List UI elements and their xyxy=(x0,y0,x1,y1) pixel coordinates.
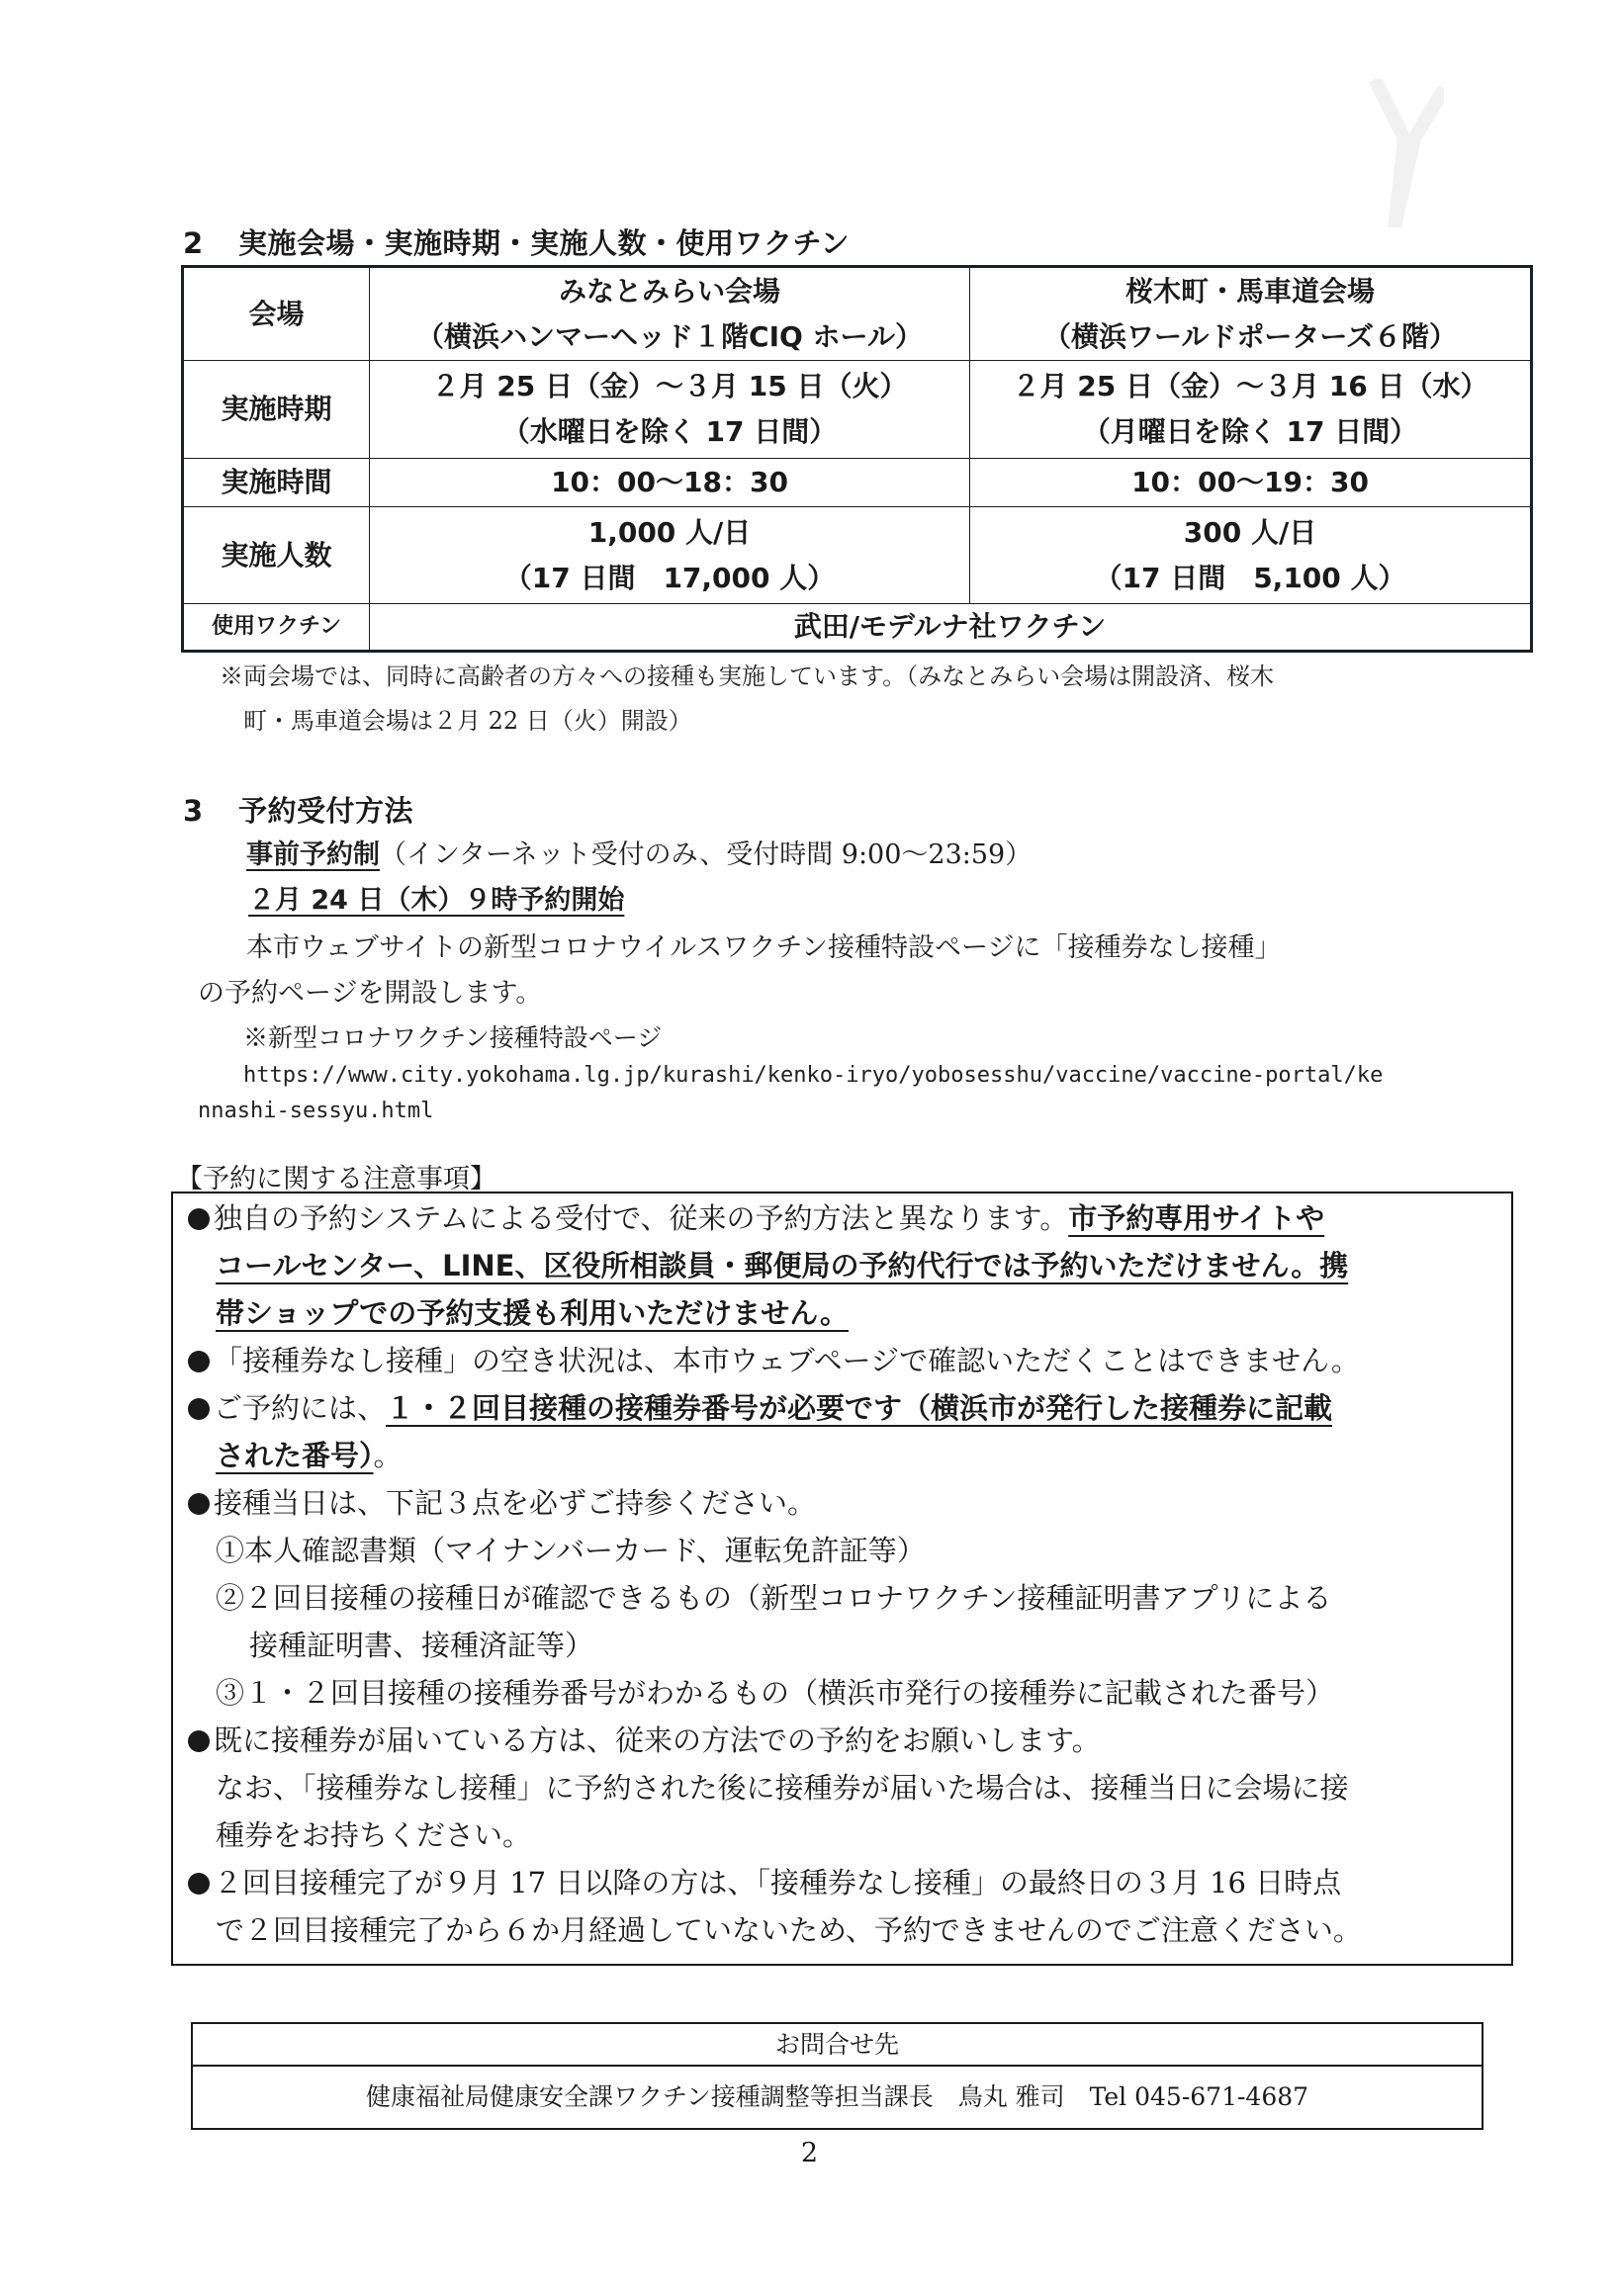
venue-table: 会場 みなとみらい会場 （横浜ハンマーヘッド１階CIQ ホール） 桜木町・馬車道… xyxy=(181,265,1533,653)
caution-item-1-cont: 帯ショップでの予約支援も利用いただけません。 xyxy=(216,1289,849,1337)
caution-text: 接種当日は、下記３点を必ずご持参ください。 xyxy=(214,1486,816,1520)
section-2-number: 2 xyxy=(183,226,238,260)
capacity-total: （17 日間 17,000 人） xyxy=(370,556,969,601)
contact-box: お問合せ先 健康福祉局健康安全課ワクチン接種調整等担当課長 鳥丸 雅司 Tel … xyxy=(191,2022,1484,2130)
paragraph-line: 本市ウェブサイトの新型コロナウイルスワクチン接種特設ページに「接種券なし接種」 xyxy=(198,926,1282,971)
bullet-icon xyxy=(188,1873,210,1895)
special-page-url[interactable]: https://www.city.yokohama.lg.jp/kurashi/… xyxy=(198,1058,1383,1129)
cell-vaccine: 武田/モデルナ社ワクチン xyxy=(370,604,1531,651)
section-3-paragraph: 本市ウェブサイトの新型コロナウイルスワクチン接種特設ページに「接種券なし接種」 … xyxy=(198,926,1282,1016)
bullet-icon xyxy=(188,1730,210,1752)
venue-location: （横浜ハンマーヘッド１階CIQ ホール） xyxy=(370,314,969,360)
contact-details: 健康福祉局健康安全課ワクチン接種調整等担当課長 鳥丸 雅司 Tel 045-67… xyxy=(193,2067,1482,2128)
table-row-period: 実施時期 ２月 25 日（金）～３月 15 日（火） （水曜日を除く 17 日間… xyxy=(184,361,1531,459)
caution-item-2: 「接種券なし接種」の空き状況は、本市ウェブページで確認いただくことはできません。 xyxy=(188,1337,1360,1384)
reservation-detail: （インターネット受付のみ、受付時間 9:00～23:59） xyxy=(380,839,1032,870)
venue-location: （横浜ワールドポーターズ６階） xyxy=(970,314,1530,360)
url-line[interactable]: nnashi-sessyu.html xyxy=(198,1094,1383,1129)
section-2-heading: 2実施会場・実施時期・実施人数・使用ワクチン xyxy=(183,221,850,262)
reservation-system-line: 事前予約制（インターネット受付のみ、受付時間 9:00～23:59） xyxy=(246,833,1032,878)
caution-emphasis: された番号） xyxy=(216,1439,374,1472)
section-2-title: 実施会場・実施時期・実施人数・使用ワクチン xyxy=(238,226,850,260)
cell-minatomirai-capacity: 1,000 人/日 （17 日間 17,000 人） xyxy=(370,507,970,604)
caution-item-5-cont: なお、「接種券なし接種」に予約された後に接種券が届いた場合は、接種当日に会場に接 xyxy=(216,1764,1349,1811)
caution-text: ２回目接種完了が９月 17 日以降の方は、「接種券なし接種」の最終日の３月 16… xyxy=(214,1866,1341,1899)
bullet-icon xyxy=(188,1208,210,1230)
caution-text: 。 xyxy=(374,1439,403,1472)
venue-name: 桜木町・馬車道会場 xyxy=(970,269,1530,314)
period-dates: ２月 25 日（金）～３月 16 日（水） xyxy=(970,364,1530,409)
period-note: （月曜日を除く 17 日間） xyxy=(970,409,1530,455)
cell-sakuragicho-hours: 10：00～19：30 xyxy=(970,459,1531,507)
special-page-label: ※新型コロナワクチン接種特設ページ xyxy=(243,1018,662,1058)
caution-item-1: 独自の予約システムによる受付で、従来の予約方法と異なります。市予約専用サイトや xyxy=(188,1194,1324,1242)
row-label: 会場 xyxy=(184,268,370,361)
section-3-heading: 3予約受付方法 xyxy=(183,789,413,830)
caution-item-3-cont: された番号）。 xyxy=(216,1432,403,1479)
period-dates: ２月 25 日（金）～３月 15 日（火） xyxy=(370,364,969,409)
reservation-system: 事前予約制 xyxy=(246,839,380,870)
bullet-icon xyxy=(188,1351,210,1372)
table-row-vaccine: 使用ワクチン 武田/モデルナ社ワクチン xyxy=(184,604,1531,651)
cell-sakuragicho-period: ２月 25 日（金）～３月 16 日（水） （月曜日を除く 17 日間） xyxy=(970,361,1531,459)
caution-item-5: 既に接種券が届いている方は、従来の方法での予約をお願いします。 xyxy=(188,1717,1101,1764)
page-number: 2 xyxy=(0,2138,1619,2168)
table-note: ※両会場では、同時に高齢者の方々への接種も実施しています。（みなとみらい会場は開… xyxy=(220,655,1274,744)
section-3-title: 予約受付方法 xyxy=(238,794,413,828)
section-3-number: 3 xyxy=(183,794,238,828)
paragraph-line: の予約ページを開設します。 xyxy=(198,971,1282,1016)
bullet-icon xyxy=(188,1493,210,1515)
row-label: 実施時期 xyxy=(184,361,370,459)
caution-item-6-cont: で２回目接種完了から６か月経過していないため、予約できませんのでご注意ください。 xyxy=(216,1906,1362,1954)
caution-title: 【予約に関する注意事項】 xyxy=(176,1157,496,1195)
caution-emphasis: 市予約専用サイトや xyxy=(1068,1201,1324,1235)
bullet-icon xyxy=(188,1398,210,1420)
row-label: 使用ワクチン xyxy=(184,604,370,651)
caution-item-4: 接種当日は、下記３点を必ずご持参ください。 xyxy=(188,1479,816,1527)
table-note-line: 町・馬車道会場は２月 22 日（火）開設） xyxy=(220,699,1274,744)
period-note: （水曜日を除く 17 日間） xyxy=(370,409,969,455)
cell-minatomirai-period: ２月 25 日（金）～３月 15 日（火） （水曜日を除く 17 日間） xyxy=(370,361,970,459)
cell-sakuragicho-capacity: 300 人/日 （17 日間 5,100 人） xyxy=(970,507,1531,604)
required-item-1: ①本人確認書類（マイナンバーカード、運転免許証等） xyxy=(216,1527,926,1574)
capacity-per-day: 1,000 人/日 xyxy=(370,510,969,556)
table-row-venue: 会場 みなとみらい会場 （横浜ハンマーヘッド１階CIQ ホール） 桜木町・馬車道… xyxy=(184,268,1531,361)
row-label: 実施人数 xyxy=(184,507,370,604)
cell-minatomirai-hours: 10：00～18：30 xyxy=(370,459,970,507)
contact-header: お問合せ先 xyxy=(193,2024,1482,2067)
caution-text: 既に接種券が届いている方は、従来の方法での予約をお願いします。 xyxy=(214,1723,1101,1757)
scan-artifact xyxy=(1365,79,1444,227)
table-row-hours: 実施時間 10：00～18：30 10：00～19：30 xyxy=(184,459,1531,507)
row-label: 実施時間 xyxy=(184,459,370,507)
caution-emphasis: １・２回目接種の接種券番号が必要です（横浜市が発行した接種券に記載 xyxy=(386,1391,1332,1425)
capacity-per-day: 300 人/日 xyxy=(970,510,1530,556)
cell-minatomirai-venue: みなとみらい会場 （横浜ハンマーヘッド１階CIQ ホール） xyxy=(370,268,970,361)
caution-text: 「接種券なし接種」の空き状況は、本市ウェブページで確認いただくことはできません。 xyxy=(214,1344,1360,1377)
caution-item-5-cont: 種券をお持ちください。 xyxy=(216,1811,531,1859)
capacity-total: （17 日間 5,100 人） xyxy=(970,556,1530,601)
required-item-2: ②２回目接種の接種日が確認できるもの（新型コロナワクチン接種証明書アプリによる xyxy=(216,1574,1331,1622)
table-note-line: ※両会場では、同時に高齢者の方々への接種も実施しています。（みなとみらい会場は開… xyxy=(220,655,1274,699)
venue-name: みなとみらい会場 xyxy=(370,269,969,314)
caution-item-6: ２回目接種完了が９月 17 日以降の方は、「接種券なし接種」の最終日の３月 16… xyxy=(188,1859,1341,1906)
required-item-2-cont: 接種証明書、接種済証等） xyxy=(249,1622,593,1669)
reservation-start: ２月 24 日（木）９時予約開始 xyxy=(248,878,624,924)
caution-text: ご予約には、 xyxy=(214,1391,386,1425)
url-line[interactable]: https://www.city.yokohama.lg.jp/kurashi/… xyxy=(198,1058,1383,1094)
table-row-capacity: 実施人数 1,000 人/日 （17 日間 17,000 人） 300 人/日 … xyxy=(184,507,1531,604)
caution-item-3: ご予約には、１・２回目接種の接種券番号が必要です（横浜市が発行した接種券に記載 xyxy=(188,1384,1332,1432)
cell-sakuragicho-venue: 桜木町・馬車道会場 （横浜ワールドポーターズ６階） xyxy=(970,268,1531,361)
caution-item-1-cont: コールセンター、LINE、区役所相談員・郵便局の予約代行では予約いただけません。… xyxy=(216,1242,1348,1289)
caution-text: 独自の予約システムによる受付で、従来の予約方法と異なります。 xyxy=(214,1201,1068,1235)
required-item-3: ③１・２回目接種の接種券番号がわかるもの（横浜市発行の接種券に記載された番号） xyxy=(216,1669,1334,1717)
